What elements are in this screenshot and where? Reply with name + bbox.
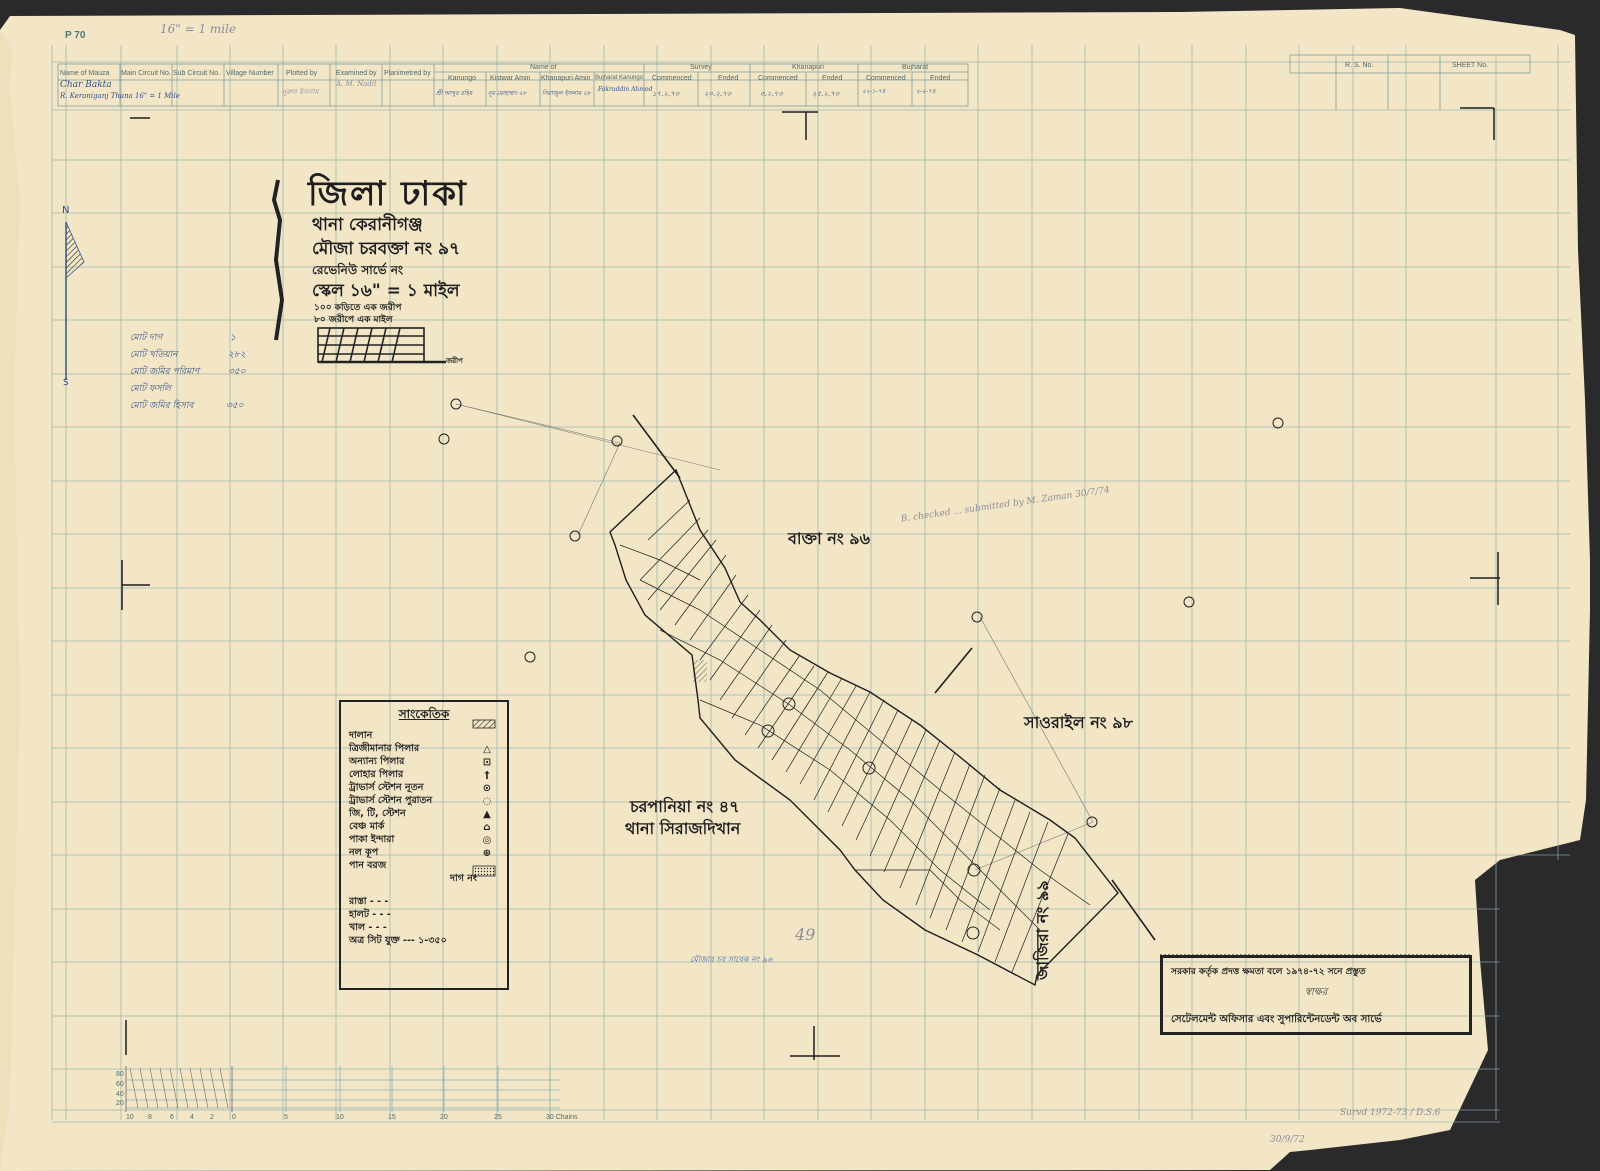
ink-bottom-note: মৌজার চর সাবেক নং ৯৬ [690, 954, 772, 967]
legend-item: পান বরজ [341, 860, 507, 873]
col-examined-by-value: A. M. Nadil [336, 80, 376, 88]
scale-tick: 8 [148, 1114, 152, 1121]
bujharat-ended-label: Ended [930, 75, 950, 82]
village-label-north: বাক্তা নং ৯৬ [788, 526, 870, 553]
side-note-label: মোট দাগ [130, 330, 162, 345]
kanungo-label: Kanungo [448, 75, 476, 82]
bujharat-kanungo-value: Fakruddin Ahmed [598, 86, 652, 93]
scale-tick: 10 [336, 1114, 344, 1121]
side-note-value: ১ [230, 330, 236, 345]
scale-note-2: ৮০ জরীপে এক মাইল [314, 312, 393, 327]
bench-mark-icon: ⌂ [475, 822, 499, 833]
masonry-well-icon: ◎ [475, 835, 499, 846]
legend-title: সাংকেতিক [341, 706, 507, 726]
mauza-title: মৌজা চরবক্তা নং ৯৭ [312, 236, 460, 264]
map-sheet: P 70 16" = 1 mile Name of Mauza Char Bak… [0, 0, 1600, 1171]
new-traverse-station-icon: ⊙ [475, 783, 499, 794]
col-mauza-value-2: R. Keraniganj Thana 16" = 1 Mile [60, 92, 180, 100]
legend-box: সাংকেতিক দালান ত্রিজীমানার পিলার△ অন্যান… [339, 700, 509, 990]
side-note-label: মোট জমির পরিমাণ [130, 364, 199, 379]
bujharat-commenced-label: Commenced [866, 75, 906, 82]
building-hatch-icon [693, 660, 707, 682]
side-note-value: ২৮২ [228, 347, 246, 362]
khanapuri-group-label: Khanapuri [792, 64, 824, 71]
khanapuri-amin-label: Khanapuri Amin [541, 75, 590, 82]
old-traverse-station-icon: ◌ [475, 796, 499, 807]
kanungo-value: শ্রী আব্দুর রহিম [436, 88, 472, 99]
scale-tick: 4 [190, 1114, 194, 1121]
scale-tick: 6 [170, 1114, 174, 1121]
legend-line-items: রাস্তা - - - হালট - - - খাল - - - অত্র স… [341, 896, 507, 948]
col-sub-circuit-label: Sub Circuit No. [173, 70, 220, 77]
thana-label-southwest: থানা সিরাজদিখান [625, 816, 740, 843]
scale-tick: 20 [440, 1114, 448, 1121]
bujharat-kanungo-label: Bujharat Kanungo [595, 75, 643, 81]
khanapuri-ended-label: Ended [822, 75, 842, 82]
col-mauza-value: Char Bakta [60, 80, 112, 90]
legend-dag-label: দাগ নং [341, 873, 507, 886]
scale-tick: 10 [126, 1114, 134, 1121]
side-note-label: মোট খতিয়ান [130, 347, 178, 362]
khanapuri-commenced-value: ৩.২.৭৩ [760, 88, 783, 100]
col-village-number-label: Village Number [226, 70, 274, 77]
side-note-value: ৩৫০ [228, 364, 246, 379]
bujharat-ended-value: ২-২-৭৪ [916, 86, 936, 97]
scale-tick: 15 [388, 1114, 396, 1121]
iron-pillar-icon: † [475, 770, 499, 781]
col-main-circuit-label: Main Circuit No. [121, 70, 171, 77]
rs-no-label: R. S. No. [1345, 62, 1373, 69]
col-plotted-by-label: Plotted by [286, 70, 317, 77]
khanapuri-commenced-label: Commenced [758, 75, 798, 82]
scale-tick: 30 Chains [546, 1114, 578, 1121]
side-note-label: মোট জমির হিসাব [130, 398, 193, 413]
side-note-label: মোট ফসলি [130, 381, 171, 396]
col-mauza-label: Name of Mauza [60, 70, 109, 77]
other-pillar-icon: ⊡ [475, 757, 499, 768]
side-note-value: ৩৫০ [226, 398, 244, 413]
certificate-signature: স্বাক্ষর [1163, 985, 1469, 1002]
village-label-southeast: জাজিরা নং ৯৯ [1030, 880, 1057, 980]
pencil-survey-note: Survd 1972-73 / D.S.6 [1340, 1108, 1440, 1118]
col-planimetred-by-label: Planimetred by [384, 70, 431, 77]
khanapuri-amin-value: সিরাজুল ইসলাম ২৮ [542, 88, 591, 99]
trijunction-pillar-icon: △ [475, 744, 499, 755]
scale-tick: 5 [284, 1114, 288, 1121]
pencil-date-note: 30/9/72 [1270, 1135, 1305, 1145]
col-examined-by-label: Examined by [336, 70, 376, 77]
scale-tick-vertical: 80 [116, 1071, 124, 1078]
kistwar-amin-label: Kistwar Amin [490, 75, 530, 82]
khanapuri-ended-value: ২৫.২.৭৩ [812, 88, 839, 100]
south-label: S [63, 378, 69, 388]
sheet-no-label: SHEET No. [1452, 62, 1488, 69]
tube-well-icon: ⊕ [475, 848, 499, 859]
col-plotted-by-value: নূরুল ইসলাম [282, 86, 318, 98]
survey-ended-value: ২০.২.৭৩ [704, 88, 731, 100]
legend-sheet-dag-range: অত্র সিট যুক্ত --- ১-৩৫০ [341, 935, 507, 948]
scale-tick: 2 [210, 1114, 214, 1121]
survey-commenced-label: Commenced [652, 75, 692, 82]
survey-ended-label: Ended [718, 75, 738, 82]
name-of-group-label: Name of [530, 64, 556, 71]
scale-tick-vertical: 40 [116, 1091, 124, 1098]
survey-commenced-value: ১৭.২.৭৩ [652, 88, 679, 100]
scale-tick-vertical: 60 [116, 1081, 124, 1088]
north-label: N [62, 205, 69, 216]
bujharat-group-label: Bujharat [902, 64, 928, 71]
bujharat-commenced-value: ২২-১-৭৪ [862, 86, 886, 97]
kistwar-amin-value: নূর মোহাম্মদ ২৮ [488, 88, 527, 99]
survey-group-label: Survey [690, 64, 712, 71]
pencil-scale-note: 16" = 1 mile [160, 22, 236, 36]
certificate-line-3: সেটেলমেন্ট অফিসার এবং সুপারিন্টেনডেন্ট অ… [1171, 1012, 1461, 1029]
scale-bar-unit: জরীপ [446, 355, 463, 367]
village-label-east: সাওরাইল নং ৯৮ [1024, 710, 1133, 737]
pencil-number: 49 [795, 925, 815, 944]
scale-tick: 0 [232, 1114, 236, 1121]
certificate-line-1: সরকার কর্তৃক প্রদত্ত ক্ষমতা বলে ১৯৭৪-৭২ … [1171, 964, 1461, 979]
certificate-box: সরকার কর্তৃক প্রদত্ত ক্ষমতা বলে ১৯৭৪-৭২ … [1160, 955, 1472, 1035]
page-reference: P 70 [65, 30, 85, 41]
scale-tick: 25 [494, 1114, 502, 1121]
scale-tick-vertical: 20 [116, 1100, 124, 1107]
gt-station-icon: ▲ [475, 809, 499, 820]
